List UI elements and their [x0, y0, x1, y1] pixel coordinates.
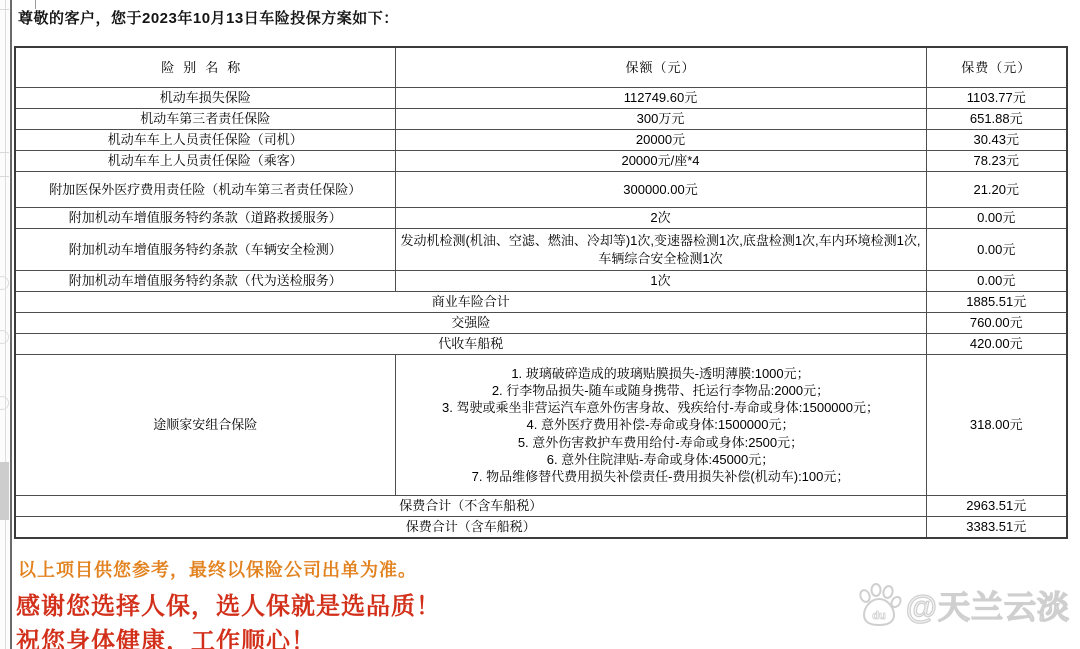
premium-value: 0.00元	[926, 271, 1067, 292]
risk-name: 附加机动车增值服务特约条款（车辆安全检测）	[15, 229, 395, 271]
subtotal-row: 代收车船税 420.00元	[15, 334, 1067, 355]
combo-benefit-item: 3. 驾驶或乘坐非营运汽车意外伤害身故、残疾给付-寿命或身体:1500000元；	[400, 399, 922, 416]
greeting-text: 尊敬的客户，您于2023年10月13日车险投保方案如下：	[18, 7, 399, 28]
combo-benefit-item: 6. 意外住院津贴-寿命或身体:45000元；	[400, 451, 922, 468]
thanks-text: 感谢您选择人保，选人保就是选品质！	[16, 586, 441, 621]
total-premium: 3383.51元	[926, 517, 1067, 538]
watermark: du @天兰云淡	[856, 582, 1070, 628]
edge-mark	[0, 396, 9, 410]
edge-tick	[0, 152, 9, 153]
table-header-row: 险别名称 保额（元） 保费（元）	[15, 47, 1067, 88]
disclaimer-text: 以上项目供您参考，最终以保险公司出单为准。	[18, 556, 417, 582]
edge-scroll-block	[0, 462, 9, 520]
subtotal-premium: 1885.51元	[926, 292, 1067, 313]
edge-mark	[0, 330, 9, 344]
premium-value: 0.00元	[926, 208, 1067, 229]
risk-name: 机动车第三者责任保险	[15, 109, 395, 130]
combo-benefit-item: 7. 物品维修替代费用损失补偿责任-费用损失补偿(机动车):100元；	[400, 468, 922, 485]
premium-value: 651.88元	[926, 109, 1067, 130]
total-premium: 2963.51元	[926, 496, 1067, 517]
edge-tick	[0, 9, 9, 10]
risk-name: 附加机动车增值服务特约条款（代为送检服务）	[15, 271, 395, 292]
subtotal-row: 商业车险合计 1885.51元	[15, 292, 1067, 313]
premium-value: 30.43元	[926, 130, 1067, 151]
subtotal-label: 交强险	[15, 313, 926, 334]
insured-amount: 1次	[395, 271, 926, 292]
premium-value: 0.00元	[926, 229, 1067, 271]
watermark-text: @天兰云淡	[906, 582, 1070, 628]
table-row: 机动车车上人员责任保险（司机） 20000元 30.43元	[15, 130, 1067, 151]
subtotal-label: 代收车船税	[15, 334, 926, 355]
risk-name: 途顺家安组合保险	[15, 355, 395, 496]
risk-name: 附加医保外医疗费用责任险（机动车第三者责任保险）	[15, 172, 395, 208]
subtotal-premium: 760.00元	[926, 313, 1067, 334]
total-label: 保费合计（不含车船税）	[15, 496, 926, 517]
premium-value: 1103.77元	[926, 88, 1067, 109]
svg-text:du: du	[872, 610, 885, 622]
table-row: 附加机动车增值服务特约条款（道路救援服务） 2次 0.00元	[15, 208, 1067, 229]
table-row: 机动车第三者责任保险 300万元 651.88元	[15, 109, 1067, 130]
insurance-quote-table: 险别名称 保额（元） 保费（元） 机动车损失保险 112749.60元 1103…	[14, 46, 1068, 539]
insured-amount: 300万元	[395, 109, 926, 130]
insured-amount: 112749.60元	[395, 88, 926, 109]
insured-amount: 300000.00元	[395, 172, 926, 208]
combo-benefit-list: 1. 玻璃破碎造成的玻璃贴膜损失-透明薄膜:1000元； 2. 行李物品损失-随…	[395, 355, 926, 496]
premium-value: 21.20元	[926, 172, 1067, 208]
table-row: 附加机动车增值服务特约条款（车辆安全检测） 发动机检测(机油、空滤、燃油、冷却等…	[15, 229, 1067, 271]
insured-amount: 20000元	[395, 130, 926, 151]
insured-amount: 20000元/座*4	[395, 151, 926, 172]
baidu-paw-icon: du	[856, 583, 902, 627]
premium-value: 78.23元	[926, 151, 1067, 172]
combo-insurance-row: 途顺家安组合保险 1. 玻璃破碎造成的玻璃贴膜损失-透明薄膜:1000元； 2.…	[15, 355, 1067, 496]
insured-amount: 发动机检测(机油、空滤、燃油、冷却等)1次,变速器检测1次,底盘检测1次,车内环…	[395, 229, 926, 271]
header-risk-name: 险别名称	[15, 47, 395, 88]
edge-mark	[0, 276, 9, 290]
page-edge-strip	[0, 0, 12, 649]
total-label: 保费合计（含车船税）	[15, 517, 926, 538]
table-row: 附加机动车增值服务特约条款（代为送检服务） 1次 0.00元	[15, 271, 1067, 292]
edge-inner-line	[5, 0, 6, 649]
risk-name: 机动车车上人员责任保险（司机）	[15, 130, 395, 151]
premium-value: 318.00元	[926, 355, 1067, 496]
risk-name: 机动车损失保险	[15, 88, 395, 109]
subtotal-row: 交强险 760.00元	[15, 313, 1067, 334]
header-premium: 保费（元）	[926, 47, 1067, 88]
subtotal-premium: 420.00元	[926, 334, 1067, 355]
risk-name: 机动车车上人员责任保险（乘客）	[15, 151, 395, 172]
combo-benefit-item: 5. 意外伤害救护车费用给付-寿命或身体:2500元；	[400, 434, 922, 451]
wish-text: 祝您身体健康，工作顺心！	[16, 621, 316, 649]
combo-benefit-item: 1. 玻璃破碎造成的玻璃贴膜损失-透明薄膜:1000元；	[400, 365, 922, 382]
combo-benefit-item: 4. 意外医疗费用补偿-寿命或身体:1500000元；	[400, 416, 922, 433]
total-row: 保费合计（含车船税） 3383.51元	[15, 517, 1067, 538]
total-row: 保费合计（不含车船税） 2963.51元	[15, 496, 1067, 517]
table-row: 附加医保外医疗费用责任险（机动车第三者责任保险） 300000.00元 21.2…	[15, 172, 1067, 208]
subtotal-label: 商业车险合计	[15, 292, 926, 313]
header-insured-amount: 保额（元）	[395, 47, 926, 88]
table-row: 机动车损失保险 112749.60元 1103.77元	[15, 88, 1067, 109]
table-row: 机动车车上人员责任保险（乘客） 20000元/座*4 78.23元	[15, 151, 1067, 172]
edge-tick	[0, 176, 9, 177]
insured-amount: 2次	[395, 208, 926, 229]
combo-benefit-item: 2. 行李物品损失-随车或随身携带、托运行李物品:2000元；	[400, 382, 922, 399]
risk-name: 附加机动车增值服务特约条款（道路救援服务）	[15, 208, 395, 229]
